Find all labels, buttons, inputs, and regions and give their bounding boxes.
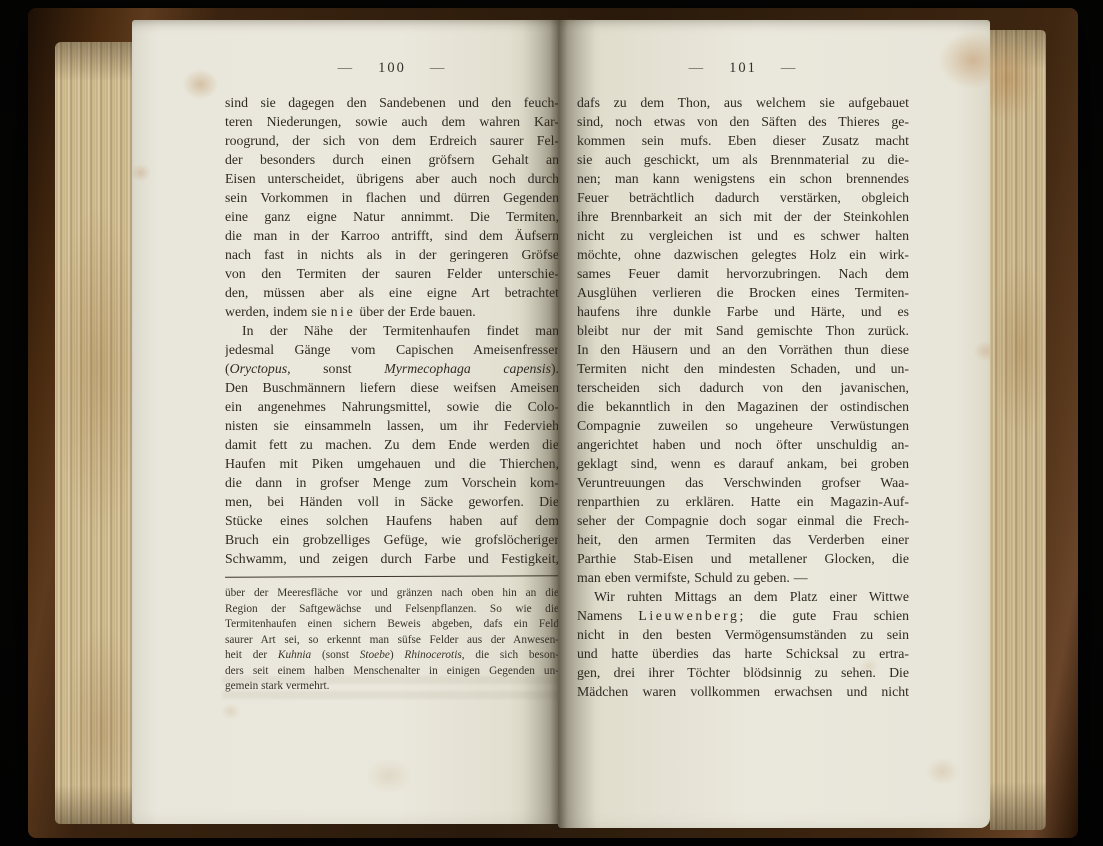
text-line: sind, noch etwas von den Säften des Thie… [577,112,909,131]
text-line: Schwamm, und zeigen durch Farbe und Fest… [225,549,559,568]
photo-background: — 100 — sind sie dagegen den Sandebenen … [0,0,1103,846]
text-line: sind sie dagegen den Sandebenen und den … [225,93,559,112]
left-page-body: sind sie dagegen den Sandebenen und den … [225,93,559,568]
text-line: gemein stark vermehrt. [225,679,559,695]
text-line: (Oryctopus, sonst Myrmecophaga capensis)… [225,359,559,378]
text-line: Bruch ein grobzelliges Gefüge, wie grofs… [225,530,559,549]
text-line: haufens ihre dunkle Farbe und Härte, und… [577,302,909,321]
book: — 100 — sind sie dagegen den Sandebenen … [28,8,1078,838]
text-line: Eisen unterscheidet, übrigens aber auch … [225,169,559,188]
text-line: und hatte überdies das harte Schicksal z… [577,644,909,663]
running-head-right: — 101 — [577,60,909,76]
text-line: damit fett zu machen. Zu dem Ende werden… [225,435,559,454]
text-line: dafs zu dem Thon, aus welchem sie aufgeb… [577,93,909,112]
text-line: nicht in den besten Vermögensumständen z… [577,625,909,644]
text-line: Namens Lieuwenberg; die gute Frau schien [577,606,909,625]
text-line: teren Niederungen, sowie auch dem wahren… [225,112,559,131]
text-line: nen; man kann wenigstens ein schon brenn… [577,169,909,188]
text-line: den, müssen aber als eine eigne Art betr… [225,283,559,302]
text-line: ein angenehmes Nahrungsmittel, sowie die… [225,397,559,416]
text-line: sie auch geschickt, um als Brennmaterial… [577,150,909,169]
right-page: — 101 — dafs zu dem Thon, aus welchem si… [558,20,990,828]
text-line: Region der Saftgewächse und Felsenpflanz… [225,602,559,618]
header-dash-icon: — [689,62,706,75]
text-line: Feuer beträchtlich dadurch verstärken, o… [577,188,909,207]
page-number-left: 100 [378,60,406,77]
text-line: die dann in grofser Menge zum Vorschein … [225,473,559,492]
page-edges-left [55,42,133,824]
text-line: ders seit einem halben Menschenalter in … [225,664,559,680]
running-head-left: — 100 — [225,60,559,76]
text-line: nisten sie einsammeln lassen, um ihr Fed… [225,416,559,435]
text-line: men, bei Händen voll in Säcke geworfen. … [225,492,559,511]
text-line: Haufen mit Piken umgehauen und die Thier… [225,454,559,473]
text-line: roogrund, der sich von dem Erdreich saur… [225,131,559,150]
text-line: Den Buschmännern liefern diese weifsen A… [225,378,559,397]
text-line: ihre Brennbarkeit an sich mit der der St… [577,207,909,226]
text-line: In der Nähe der Termitenhaufen findet ma… [225,321,559,340]
text-line: heit, den armen Termiten das Verderben e… [577,530,909,549]
page-edges-right [990,30,1046,830]
text-line: In den Häusern und an den Vorräthen thun… [577,340,909,359]
text-line: saurer Art sei, so erkennt man süfse Fel… [225,633,559,649]
text-line: Termiten nicht den mindesten Schaden, un… [577,359,909,378]
text-line: Stücke eines solchen Haufens haben auf d… [225,511,559,530]
page-number-right: 101 [729,60,757,77]
text-line: Ausglühen verlieren die Brocken eines Te… [577,283,909,302]
text-line: bleibt nur der mit Sand gemischte Thon z… [577,321,909,340]
footnote-rule [225,575,561,577]
header-dash-icon: — [781,62,798,75]
text-line: eine ganz eigne Natur annimmt. Die Termi… [225,207,559,226]
text-line: der besonders durch einen gröfsern Gehal… [225,150,559,169]
text-line: geklagt sind, wenn es darauf ankam, bei … [577,454,909,473]
text-line: heit der Kuhnia (sonst Stoebe) Rhinocero… [225,648,559,664]
text-line: die man in der Karroo antrifft, sind dem… [225,226,559,245]
text-line: jedesmal Gänge vom Capischen Ameisenfres… [225,340,559,359]
left-page: — 100 — sind sie dagegen den Sandebenen … [132,20,560,824]
text-line: nicht zu vergleichen ist und es schwer h… [577,226,909,245]
right-page-body: dafs zu dem Thon, aus welchem sie aufgeb… [577,93,909,701]
text-line: sames Feuer damit hervorzubringen. Nach … [577,264,909,283]
text-line: möchte, ohne dazwischen gelegtes Holz ei… [577,245,909,264]
left-page-footnote: über der Meeresfläche vor und gränzen na… [225,586,559,695]
header-dash-icon: — [338,62,355,75]
text-line: Compagnie zuweilen so ungeheure Verwüstu… [577,416,909,435]
text-line: angerichtet haben und noch öfter unschul… [577,435,909,454]
text-line: gen, drei ihrer Töchter blödsinnig zu se… [577,663,909,682]
header-dash-icon: — [430,62,447,75]
text-line: sein Vorkommen in flachen und dürren Geg… [225,188,559,207]
text-line: Termitenhaufen einen sichern Beweis abge… [225,617,559,633]
text-line: nach fast in nichts als in der geringere… [225,245,559,264]
text-line: man eben vermifste, Schuld zu geben. — [577,568,909,587]
text-line: renparthien zu erklären. Hatte ein Magaz… [577,492,909,511]
text-line: von den Termiten der sauren Felder unter… [225,264,559,283]
text-line: die bekanntlich in den Magazinen der ost… [577,397,909,416]
text-line: Wir ruhten Mittags an dem Platz einer Wi… [577,587,909,606]
text-line: über der Meeresfläche vor und gränzen na… [225,586,559,602]
text-line: werden, indem sie nie über der Erde baue… [225,302,559,321]
text-line: seher der Compagnie doch sogar einmal di… [577,511,909,530]
text-line: terscheiden sich dadurch von den javanis… [577,378,909,397]
text-line: Mädchen waren vollkommen erwachsen und n… [577,682,909,701]
text-line: Parthie Stab-Eisen und metallener Glocke… [577,549,909,568]
text-line: kommen sein mufs. Eben dieser Zusatz mac… [577,131,909,150]
text-line: Veruntreuungen das Verschwinden grofser … [577,473,909,492]
